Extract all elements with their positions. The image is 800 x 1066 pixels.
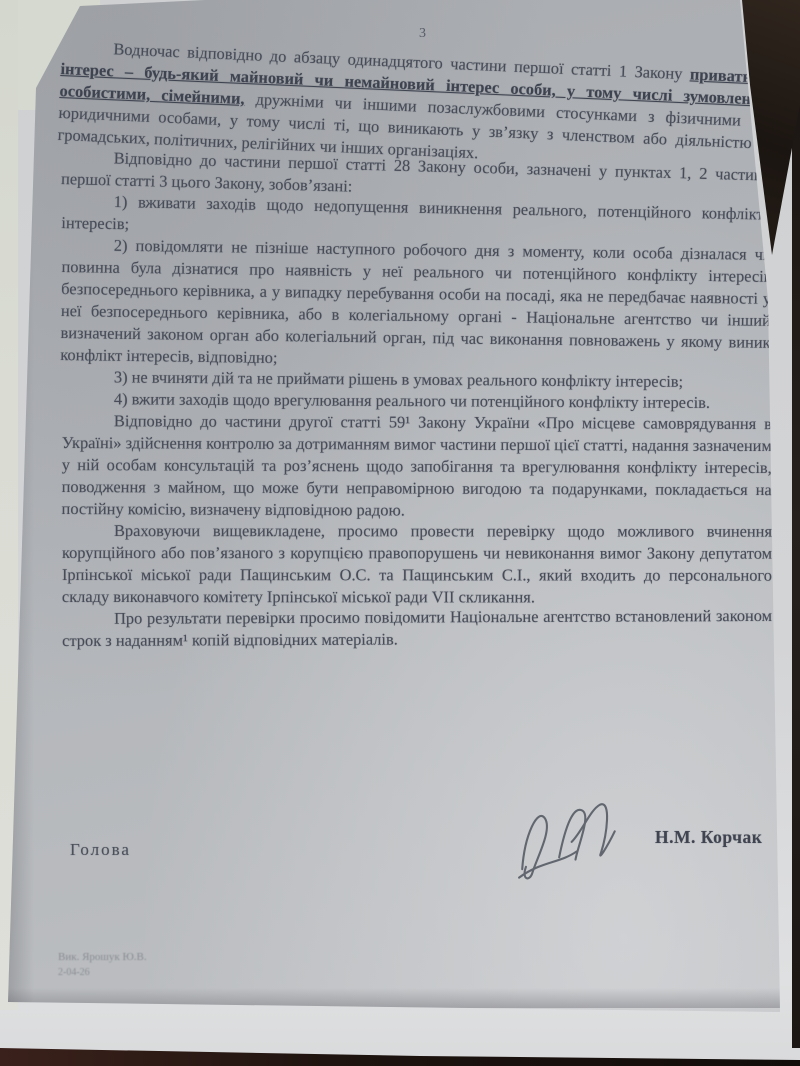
executor-note: Вик. Ярошук Ю.В. 2-04-26 [58,950,147,980]
handwritten-signature [501,785,659,885]
signature-title: Голова [70,840,131,860]
executor-name: Вик. Ярошук Ю.В. [58,950,147,965]
photo-background-right [792,0,800,1048]
paragraph-item-2: 2) повідомляти не пізніше наступного роб… [60,234,772,376]
paragraph-local-selfgov: Відповідно до частини другої статті 59¹ … [62,410,772,523]
executor-phone: 2-04-26 [58,965,147,980]
paragraph-report-results: Про результати перевірки просимо повідом… [62,605,772,652]
signature-name: Н.М. Корчак [655,827,762,848]
scanned-document-page: 3 Водночас відповідно до абзацу одинадця… [0,0,800,1066]
paragraph-request-check: Враховуючи вищевикладене, просимо провес… [62,520,772,609]
document-text: Водночас відповідно до абзацу одинадцято… [62,36,772,652]
